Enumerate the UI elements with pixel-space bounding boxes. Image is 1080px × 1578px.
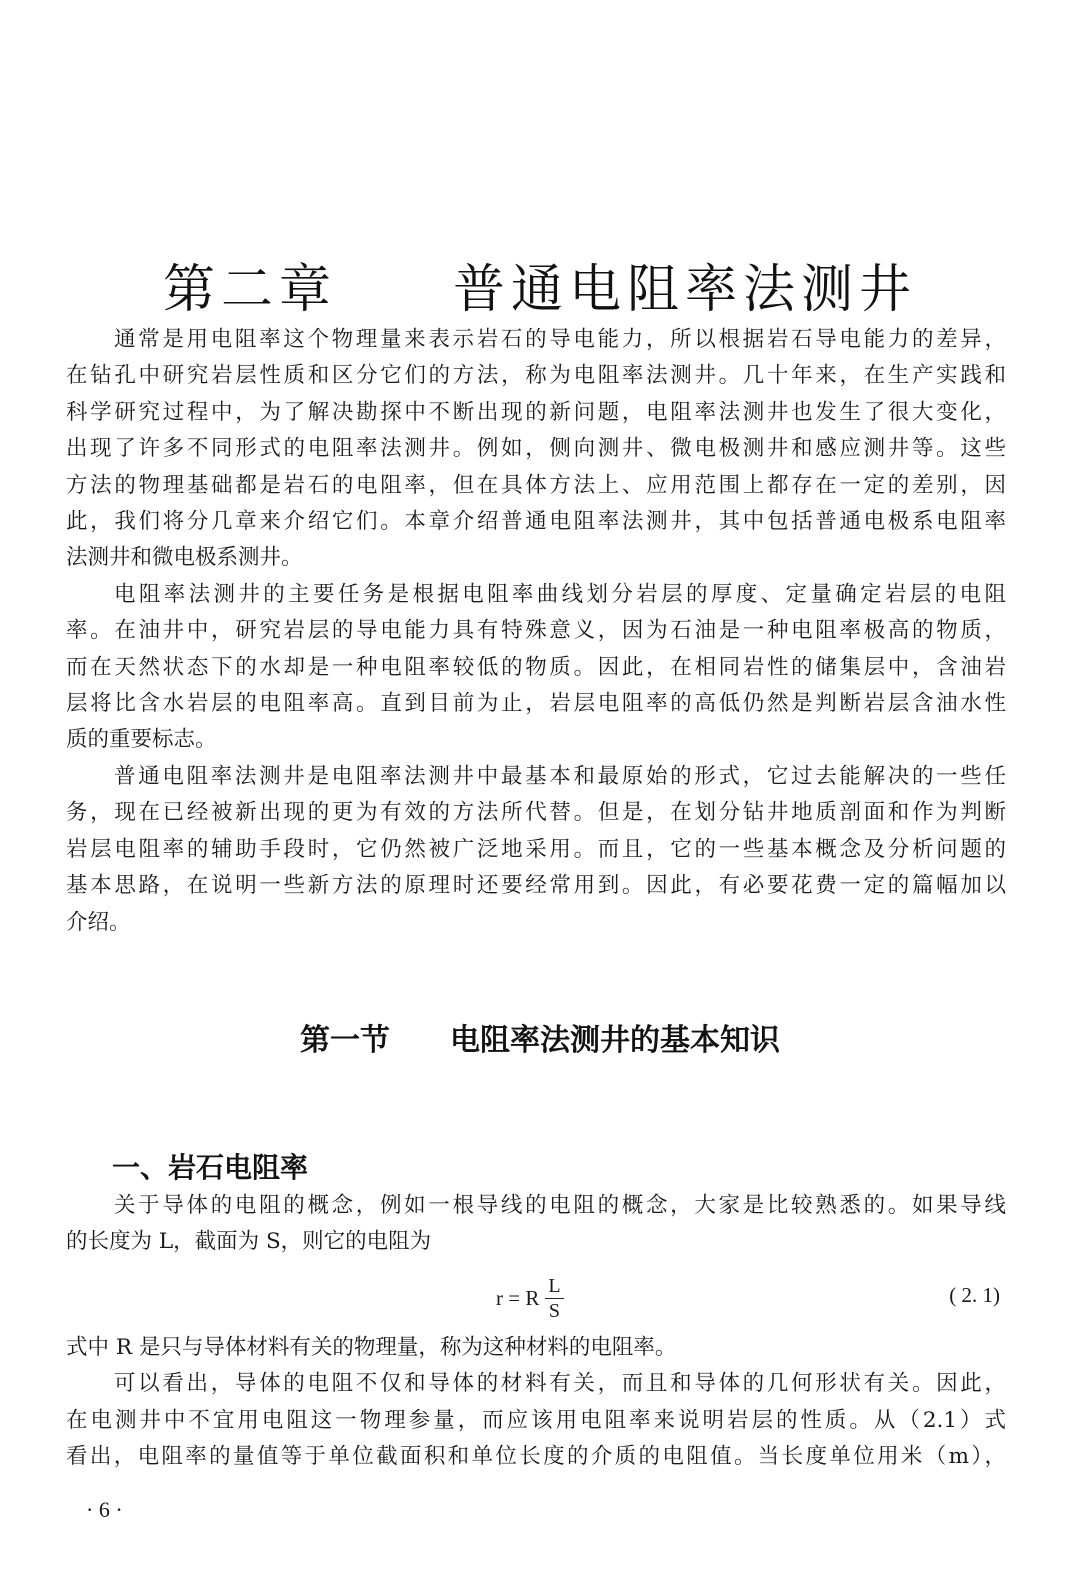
body-paragraph-1: 关于导体的电阻的概念，例如一根导线的电阻的概念，大家是比较熟悉的。如果导线 的长… [66, 1188, 1006, 1261]
chapter-title: 第二章 普通电阻率法测井 [0, 247, 1080, 322]
text-line: 质的重要标志。 [66, 722, 1006, 758]
text-line: 介绍。 [66, 905, 1006, 941]
body-paragraph-3: 可以看出，导体的电阻不仅和导体的材料有关，而且和导体的几何形状有关。因此， 在电… [66, 1366, 1006, 1475]
text-line: 看出，电阻率的量值等于单位截面积和单位长度的介质的电阻值。当长度单位用米（m）， [66, 1439, 1006, 1475]
equation-lhs: r = R [496, 1286, 539, 1311]
body-paragraph-2: 式中 R 是只与导体材料有关的物理量，称为这种材料的电阻率。 [66, 1330, 1006, 1366]
text-line: 方法的物理基础都是岩石的电阻率，但在具体方法上、应用范围上都存在一定的差别，因 [66, 468, 1006, 504]
fraction: L S [545, 1274, 563, 1323]
page-number: · 6 · [86, 1497, 123, 1523]
text-line: 普通电阻率法测井是电阻率法测井中最基本和最原始的形式，它过去能解决的一些任 [66, 759, 1006, 795]
text-line: 法测井和微电极系测井。 [66, 540, 1006, 576]
text-line: 可以看出，导体的电阻不仅和导体的材料有关，而且和导体的几何形状有关。因此， [66, 1366, 1006, 1402]
text-line: 通常是用电阻率这个物理量来表示岩石的导电能力，所以根据岩石导电能力的差异， [66, 322, 1006, 358]
text-line: 层将比含水岩层的电阻率高。直到目前为止，岩层电阻率的高低仍然是判断岩层含油水性 [66, 686, 1006, 722]
text-line: 率。在油井中，研究岩层的导电能力具有特殊意义，因为石油是一种电阻率极高的物质， [66, 613, 1006, 649]
text-line: 基本思路，在说明一些新方法的原理时还要经常用到。因此，有必要花费一定的篇幅加以 [66, 868, 1006, 904]
subsection-title: 一、岩石电阻率 [112, 1146, 308, 1186]
text-line: 出现了许多不同形式的电阻率法测井。例如，侧向测井、微电极测井和感应测井等。这些 [66, 431, 1006, 467]
text-line: 在电测井中不宜用电阻这一物理参量，而应该用电阻率来说明岩层的性质。从（2.1）式 [66, 1403, 1006, 1439]
body-text-2: 式中 R 是只与导体材料有关的物理量，称为这种材料的电阻率。 可以看出，导体的电… [66, 1330, 1006, 1476]
text-line: 电阻率法测井的主要任务是根据电阻率曲线划分岩层的厚度、定量确定岩层的电阻 [66, 577, 1006, 613]
text-line: 岩层电阻率的辅助手段时，它仍然被广泛地采用。而且，它的一些基本概念及分析问题的 [66, 832, 1006, 868]
fraction-denominator: S [549, 1299, 560, 1323]
intro-paragraph-2: 电阻率法测井的主要任务是根据电阻率曲线划分岩层的厚度、定量确定岩层的电阻 率。在… [66, 577, 1006, 759]
equation-2-1: r = R L S ( 2. 1) [0, 1268, 1080, 1328]
intro-text: 通常是用电阻率这个物理量来表示岩石的导电能力，所以根据岩石导电能力的差异， 在钻… [66, 322, 1006, 941]
text-line: 科学研究过程中，为了解决勘探中不断出现的新问题，电阻率法测井也发生了很大变化， [66, 395, 1006, 431]
text-line: 式中 R 是只与导体材料有关的物理量，称为这种材料的电阻率。 [66, 1330, 1006, 1366]
text-line: 务，现在已经被新出现的更为有效的方法所代替。但是，在划分钻井地质剖面和作为判断 [66, 795, 1006, 831]
text-line: 在钻孔中研究岩层性质和区分它们的方法，称为电阻率法测井。几十年来，在生产实践和 [66, 358, 1006, 394]
equation-expression: r = R L S [496, 1268, 564, 1328]
equation-number: ( 2. 1) [949, 1283, 1000, 1308]
intro-paragraph-3: 普通电阻率法测井是电阻率法测井中最基本和最原始的形式，它过去能解决的一些任 务，… [66, 759, 1006, 941]
text-line: 而在天然状态下的水却是一种电阻率较低的物质。因此，在相同岩性的储集层中，含油岩 [66, 650, 1006, 686]
body-text-1: 关于导体的电阻的概念，例如一根导线的电阻的概念，大家是比较熟悉的。如果导线 的长… [66, 1188, 1006, 1261]
section-title: 第一节 电阻率法测井的基本知识 [0, 1015, 1080, 1059]
text-line: 的长度为 L，截面为 S，则它的电阻为 [66, 1224, 1006, 1260]
intro-paragraph-1: 通常是用电阻率这个物理量来表示岩石的导电能力，所以根据岩石导电能力的差异， 在钻… [66, 322, 1006, 577]
fraction-numerator: L [545, 1274, 563, 1299]
text-line: 关于导体的电阻的概念，例如一根导线的电阻的概念，大家是比较熟悉的。如果导线 [66, 1188, 1006, 1224]
text-line: 此，我们将分几章来介绍它们。本章介绍普通电阻率法测井，其中包括普通电极系电阻率 [66, 504, 1006, 540]
